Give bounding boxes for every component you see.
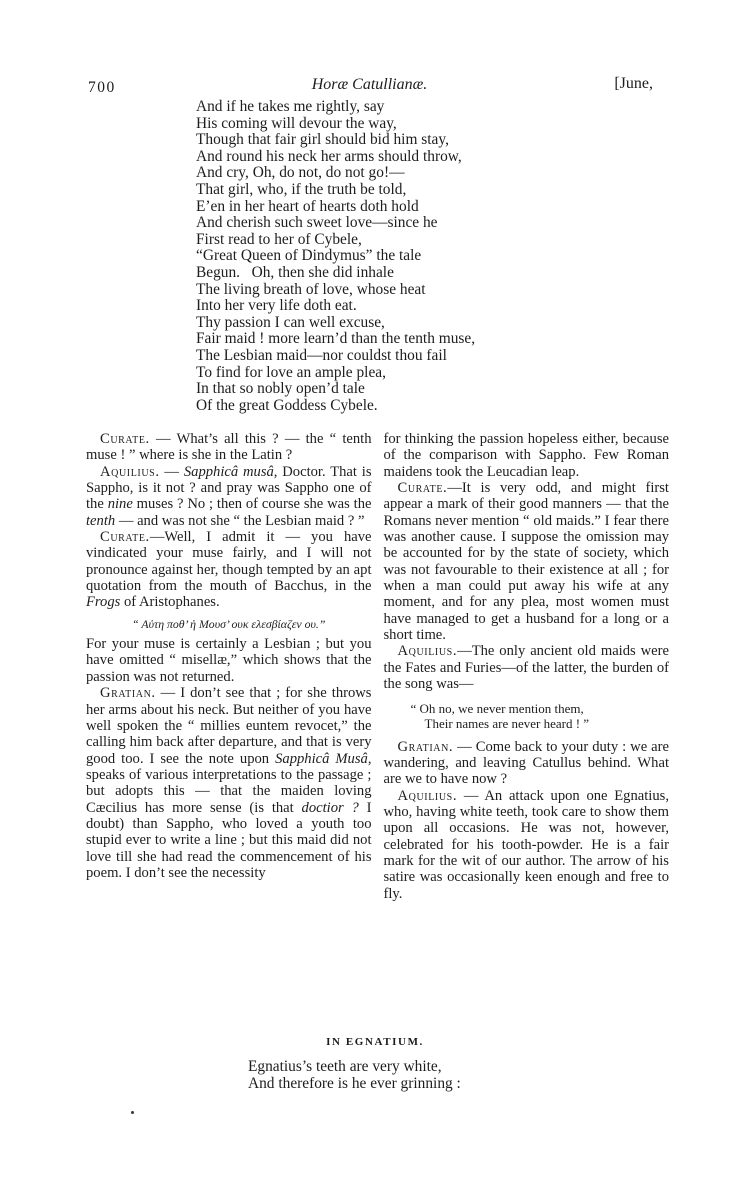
verse-line: Their names are never heard ! ” [425,716,670,732]
poem-line: And cherish such sweet love—since he [196,215,475,232]
text-segment: — [160,464,184,480]
paragraph-continuation: For your muse is certainly a Lesbian ; b… [86,636,372,685]
speaker-name: Aquilius. [100,464,160,480]
paragraph-curate-3: Curate.—It is very odd, and might first … [384,480,670,643]
speaker-name: Curate. [100,529,150,545]
paragraph-gratian-2: Gratian. — Come back to your duty : we a… [384,739,670,788]
left-column: Curate. — What’s all this ? — the “ tent… [86,431,372,902]
text-segment: —It is very odd, and might first appear … [384,480,670,643]
poem-line: And cry, Oh, do not, do not go!— [196,165,475,182]
issue-date: [June, [614,75,653,93]
speaker-name: Gratian. [398,739,454,755]
greek-quotation: “ Αὐτη ποθ’ ἡ Μουσ’ ουκ ελεσβίαζεν ου.” [86,616,372,632]
text-segment: tenth [86,513,115,529]
poem-line: Of the great Goddess Cybele. [196,398,475,415]
paragraph-aquilius-3: Aquilius. — An attack upon one Egnatius,… [384,788,670,902]
text-segment: of Aristophanes. [120,594,219,610]
text-segment: Sapphicâ Musâ [275,751,368,767]
poem-line: Begun. Oh, then she did inhale [196,265,475,282]
poem-line: And round his neck her arms should throw… [196,149,475,166]
dialogue-columns: Curate. — What’s all this ? — the “ tent… [86,431,669,902]
text-segment: Sapphicâ musâ [184,464,274,480]
poem-line: Though that fair girl should bid him sta… [196,132,475,149]
scanned-book-page: 700 Horæ Catullianæ. [June, And if he ta… [0,0,750,1179]
opening-poem: And if he takes me rightly, sayHis comin… [196,99,475,414]
section-heading: IN EGNATIUM. [0,1036,750,1048]
page-header: 700 Horæ Catullianæ. [June, [86,76,653,98]
poem-line: First read to her of Cybele, [196,232,475,249]
poem-line: Into her very life doth eat. [196,298,475,315]
paragraph-aquilius-1: Aquilius. — Sapphicâ musâ, Doctor. That … [86,464,372,529]
text-segment: Frogs [86,594,120,610]
poem-line: “Great Queen of Dindymus” the tale [196,248,475,265]
text-segment: — An attack upon one Egnatius, who, havi… [384,788,670,902]
paragraph-curate-2: Curate.—Well, I admit it — you have vind… [86,529,372,611]
poem-line: And if he takes me rightly, say [196,99,475,116]
poem-line: To find for love an ample plea, [196,365,475,382]
paragraph-continuation: for thinking the passion hopeless either… [384,431,670,480]
paragraph-aquilius-2: Aquilius.—The only ancient old maids wer… [384,643,670,692]
paragraph-gratian-1: Gratian. — I don’t see that ; for she th… [86,685,372,881]
text-segment: muses ? No ; then of course she was the [133,496,372,512]
song-quotation: “ Oh no, we never mention them,Their nam… [384,701,670,732]
poem-line: E’en in her heart of hearts doth hold [196,199,475,216]
running-title: Horæ Catullianæ. [86,76,653,94]
speaker-name: Curate. [100,431,150,447]
text-segment: — and was not she “ the Lesbian maid ? ” [115,513,364,529]
closing-poem-line: Egnatius’s teeth are very white, [248,1058,461,1075]
text-segment: For your muse is certainly a Lesbian ; b… [86,636,372,685]
speaker-name: Curate. [398,480,448,496]
speaker-name: Aquilius. [398,788,458,804]
closing-poem: Egnatius’s teeth are very white,And ther… [248,1058,461,1092]
poem-line: In that so nobly open’d tale [196,381,475,398]
poem-line: His coming will devour the way, [196,116,475,133]
closing-poem-line: And therefore is he ever grinning : [248,1075,461,1092]
speaker-name: Aquilius. [398,643,458,659]
poem-line: Thy passion I can well excuse, [196,315,475,332]
speaker-name: Gratian. [100,685,156,701]
poem-line: The Lesbian maid—nor couldst thou fail [196,348,475,365]
poem-line: That girl, who, if the truth be told, [196,182,475,199]
poem-line: Fair maid ! more learn’d than the tenth … [196,331,475,348]
paragraph-curate-1: Curate. — What’s all this ? — the “ tent… [86,431,372,464]
text-segment: doctior ? [302,800,359,816]
text-segment: for thinking the passion hopeless either… [384,431,670,480]
poem-line: The living breath of love, whose heat [196,282,475,299]
text-segment: “ Αὐτη ποθ’ ἡ Μουσ’ ουκ ελεσβίαζεν ου.” [132,617,325,631]
verse-line: “ Oh no, we never mention them, [411,701,670,717]
scan-speck [131,1111,134,1114]
text-segment: nine [108,496,133,512]
right-column: for thinking the passion hopeless either… [384,431,670,902]
